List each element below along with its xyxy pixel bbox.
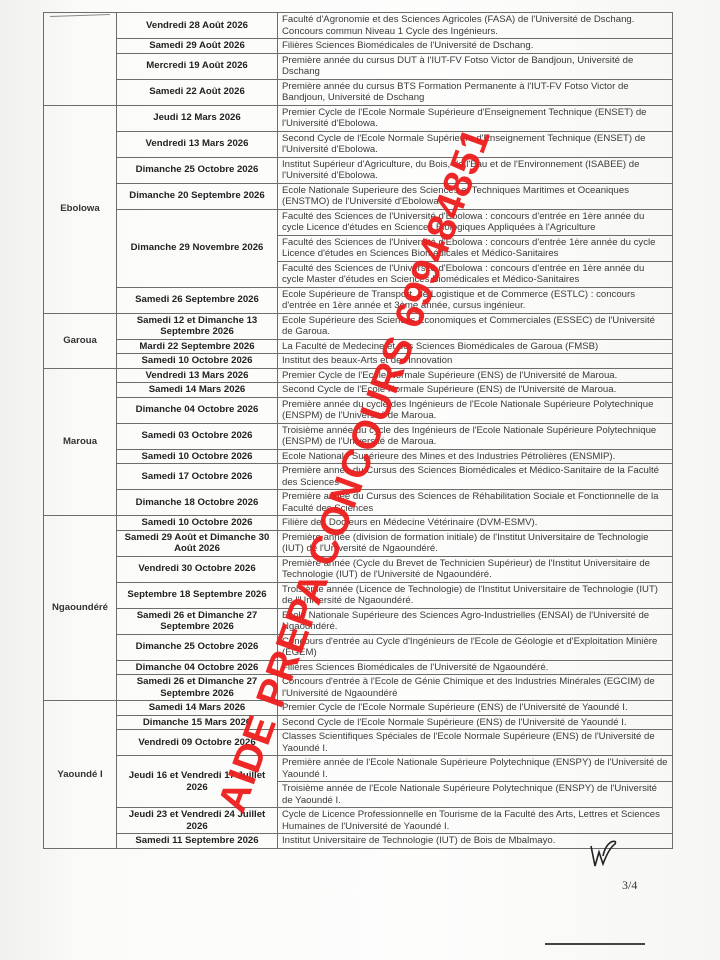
- table-row: Dimanche 29 Novembre 2026Faculté des Sci…: [44, 209, 673, 235]
- exam-date: Samedi 14 Mars 2026: [117, 383, 278, 398]
- exam-institution: Troisième année du cycle des Ingénieurs …: [278, 423, 673, 449]
- table-row: Samedi 22 Août 2026Première année du cur…: [44, 79, 673, 105]
- table-row: Samedi 26 et Dimanche 27 Septembre 2026E…: [44, 608, 673, 634]
- exam-institution: Second Cycle de l'Ecole Normale Supérieu…: [278, 383, 673, 398]
- table-row: Samedi 26 Septembre 2026Ecole Supérieure…: [44, 287, 673, 313]
- exam-schedule-table: Vendredi 28 Août 2026Faculté d'Agronomie…: [43, 12, 673, 849]
- exam-institution: Faculté des Sciences de l'Université d'E…: [278, 261, 673, 287]
- exam-institution: Première année du cursus DUT à l'IUT-FV …: [278, 53, 673, 79]
- exam-date: Samedi 10 Octobre 2026: [117, 449, 278, 464]
- exam-date: Dimanche 29 Novembre 2026: [117, 209, 278, 287]
- exam-date: Dimanche 04 Octobre 2026: [117, 660, 278, 675]
- exam-institution: Faculté des Sciences de l'Université d'E…: [278, 209, 673, 235]
- table-row: EbolowaJeudi 12 Mars 2026Premier Cycle d…: [44, 105, 673, 131]
- exam-date: Samedi 14 Mars 2026: [117, 701, 278, 716]
- exam-institution: Concours d'entrée au Cycle d'Ingénieurs …: [278, 634, 673, 660]
- exam-date: Dimanche 15 Mars 2026: [117, 715, 278, 730]
- table-row: Yaoundé ISamedi 14 Mars 2026Premier Cycl…: [44, 701, 673, 716]
- exam-date: Vendredi 13 Mars 2026: [117, 131, 278, 157]
- exam-date: Samedi 26 Septembre 2026: [117, 287, 278, 313]
- table-row: Vendredi 30 Octobre 2026Première année (…: [44, 556, 673, 582]
- exam-date: Mardi 22 Septembre 2026: [117, 339, 278, 354]
- exam-date: Samedi 12 et Dimanche 13 Septembre 2026: [117, 313, 278, 339]
- exam-date: Dimanche 20 Septembre 2026: [117, 183, 278, 209]
- table-row: Jeudi 23 et Vendredi 24 Juillet 2026Cycl…: [44, 808, 673, 834]
- exam-date: Jeudi 12 Mars 2026: [117, 105, 278, 131]
- exam-institution: Premier Cycle de l'Ecole Normale Supérie…: [278, 105, 673, 131]
- table-row: Jeudi 16 et Vendredi 17 Juillet 2026Prem…: [44, 756, 673, 782]
- exam-institution: Classes Scientifiques Spéciales de l'Eco…: [278, 730, 673, 756]
- exam-institution: Ecole Nationale Supérieure des Mines et …: [278, 449, 673, 464]
- exam-date: Vendredi 30 Octobre 2026: [117, 556, 278, 582]
- table-row: Vendredi 09 Octobre 2026Classes Scientif…: [44, 730, 673, 756]
- city-cell-yaounde: Yaoundé I: [44, 701, 117, 849]
- exam-institution: Second Cycle de l'Ecole Normale Supérieu…: [278, 131, 673, 157]
- table-row: Samedi 29 Août 2026Filières Sciences Bio…: [44, 39, 673, 54]
- exam-institution: Ecole Nationale Supérieure des Sciences …: [278, 608, 673, 634]
- table-row: Dimanche 04 Octobre 2026Première année d…: [44, 397, 673, 423]
- exam-institution: La Faculté de Medecine et des Sciences B…: [278, 339, 673, 354]
- exam-institution: Institut Supérieur d'Agriculture, du Boi…: [278, 157, 673, 183]
- exam-date: Dimanche 04 Octobre 2026: [117, 397, 278, 423]
- exam-date: Vendredi 13 Mars 2026: [117, 368, 278, 383]
- exam-institution: Ecole Nationale Superieure des Sciences …: [278, 183, 673, 209]
- exam-institution: Première année de l'Ecole Nationale Supé…: [278, 756, 673, 782]
- table-row: NgaoundéréSamedi 10 Octobre 2026Filière …: [44, 516, 673, 531]
- exam-institution: Filière des Docteurs en Médecine Vétérin…: [278, 516, 673, 531]
- exam-institution: Premier Cycle de l'Ecole Normale Supérie…: [278, 368, 673, 383]
- exam-date: Septembre 18 Septembre 2026: [117, 582, 278, 608]
- table-row: Dimanche 20 Septembre 2026Ecole National…: [44, 183, 673, 209]
- exam-date: Samedi 22 Août 2026: [117, 79, 278, 105]
- exam-institution: Premier Cycle de l'Ecole Normale Supérie…: [278, 701, 673, 716]
- exam-institution: Ecole Supérieure des Sciences Economique…: [278, 313, 673, 339]
- city-cell-maroua: Maroua: [44, 368, 117, 516]
- exam-institution: Première année du cursus BTS Formation P…: [278, 79, 673, 105]
- exam-date: Samedi 29 Août et Dimanche 30 Août 2026: [117, 530, 278, 556]
- table-row: Mercredi 19 Août 2026Première année du c…: [44, 53, 673, 79]
- table-row: Mardi 22 Septembre 2026La Faculté de Med…: [44, 339, 673, 354]
- signature-initials: [589, 838, 617, 868]
- exam-date: Dimanche 25 Octobre 2026: [117, 157, 278, 183]
- table-row: Vendredi 13 Mars 2026Second Cycle de l'E…: [44, 131, 673, 157]
- exam-institution: Première année du cycle des Ingénieurs d…: [278, 397, 673, 423]
- exam-institution: Première année (division de formation in…: [278, 530, 673, 556]
- exam-institution: Filières Sciences Biomédicales de l'Univ…: [278, 39, 673, 54]
- table-row: Samedi 11 Septembre 2026Institut Univers…: [44, 834, 673, 849]
- city-cell-ebolowa: Ebolowa: [44, 105, 117, 313]
- table-row: Dimanche 18 Octobre 2026Première année d…: [44, 490, 673, 516]
- exam-date: Samedi 03 Octobre 2026: [117, 423, 278, 449]
- exam-institution: Première année (Cycle du Brevet de Techn…: [278, 556, 673, 582]
- exam-date: Samedi 29 Août 2026: [117, 39, 278, 54]
- document-page: Vendredi 28 Août 2026Faculté d'Agronomie…: [0, 0, 720, 960]
- exam-institution: Première année du Cursus des Sciences de…: [278, 490, 673, 516]
- table-row: Samedi 10 Octobre 2026Ecole Nationale Su…: [44, 449, 673, 464]
- exam-date: Mercredi 19 Août 2026: [117, 53, 278, 79]
- table-row: Samedi 17 Octobre 2026Première année du …: [44, 464, 673, 490]
- page-number: 3/4: [622, 878, 637, 893]
- exam-date: Samedi 26 et Dimanche 27 Septembre 2026: [117, 675, 278, 701]
- exam-date: Vendredi 28 Août 2026: [117, 13, 278, 39]
- exam-date: Samedi 26 et Dimanche 27 Septembre 2026: [117, 608, 278, 634]
- exam-date: Vendredi 09 Octobre 2026: [117, 730, 278, 756]
- table-row: Vendredi 28 Août 2026Faculté d'Agronomie…: [44, 13, 673, 39]
- page-bottom-line: [545, 943, 645, 945]
- exam-date: Samedi 10 Octobre 2026: [117, 516, 278, 531]
- exam-date: Jeudi 23 et Vendredi 24 Juillet 2026: [117, 808, 278, 834]
- exam-institution: Filières Sciences Biomédicales de l'Univ…: [278, 660, 673, 675]
- exam-institution: Cycle de Licence Professionnelle en Tour…: [278, 808, 673, 834]
- table-row: Samedi 03 Octobre 2026Troisième année du…: [44, 423, 673, 449]
- exam-institution: Première année du Cursus des Sciences Bi…: [278, 464, 673, 490]
- table-row: Dimanche 04 Octobre 2026Filières Science…: [44, 660, 673, 675]
- city-cell-ngaoundere: Ngaoundéré: [44, 516, 117, 701]
- exam-institution: Second Cycle de l'Ecole Normale Supérieu…: [278, 715, 673, 730]
- city-cell-continued: [44, 13, 117, 106]
- exam-date: Samedi 10 Octobre 2026: [117, 354, 278, 369]
- exam-institution: Faculté d'Agronomie et des Sciences Agri…: [278, 13, 673, 39]
- city-cell-garoua: Garoua: [44, 313, 117, 368]
- table-row: Dimanche 15 Mars 2026Second Cycle de l'E…: [44, 715, 673, 730]
- exam-date: Dimanche 25 Octobre 2026: [117, 634, 278, 660]
- table-row: GarouaSamedi 12 et Dimanche 13 Septembre…: [44, 313, 673, 339]
- table-row: Samedi 14 Mars 2026Second Cycle de l'Eco…: [44, 383, 673, 398]
- exam-date: Samedi 11 Septembre 2026: [117, 834, 278, 849]
- table-row: Dimanche 25 Octobre 2026Institut Supérie…: [44, 157, 673, 183]
- table-row: Samedi 26 et Dimanche 27 Septembre 2026C…: [44, 675, 673, 701]
- exam-date: Dimanche 18 Octobre 2026: [117, 490, 278, 516]
- exam-institution: Faculté des Sciences de l'Université d'E…: [278, 235, 673, 261]
- exam-institution: Ecole Supérieure de Transport, de Logist…: [278, 287, 673, 313]
- exam-date: Jeudi 16 et Vendredi 17 Juillet 2026: [117, 756, 278, 808]
- table-row: Samedi 29 Août et Dimanche 30 Août 2026P…: [44, 530, 673, 556]
- exam-institution: Troisième année (Licence de Technologie)…: [278, 582, 673, 608]
- exam-date: Samedi 17 Octobre 2026: [117, 464, 278, 490]
- table-row: Septembre 18 Septembre 2026Troisième ann…: [44, 582, 673, 608]
- exam-institution: Concours d'entrée à l'Ecole de Génie Chi…: [278, 675, 673, 701]
- table-row: MarouaVendredi 13 Mars 2026Premier Cycle…: [44, 368, 673, 383]
- table-row: Samedi 10 Octobre 2026Institut des beaux…: [44, 354, 673, 369]
- exam-institution: Troisième année de l'Ecole Nationale Sup…: [278, 782, 673, 808]
- table-row: Dimanche 25 Octobre 2026Concours d'entré…: [44, 634, 673, 660]
- exam-institution: Institut des beaux-Arts et de l'Innovati…: [278, 354, 673, 369]
